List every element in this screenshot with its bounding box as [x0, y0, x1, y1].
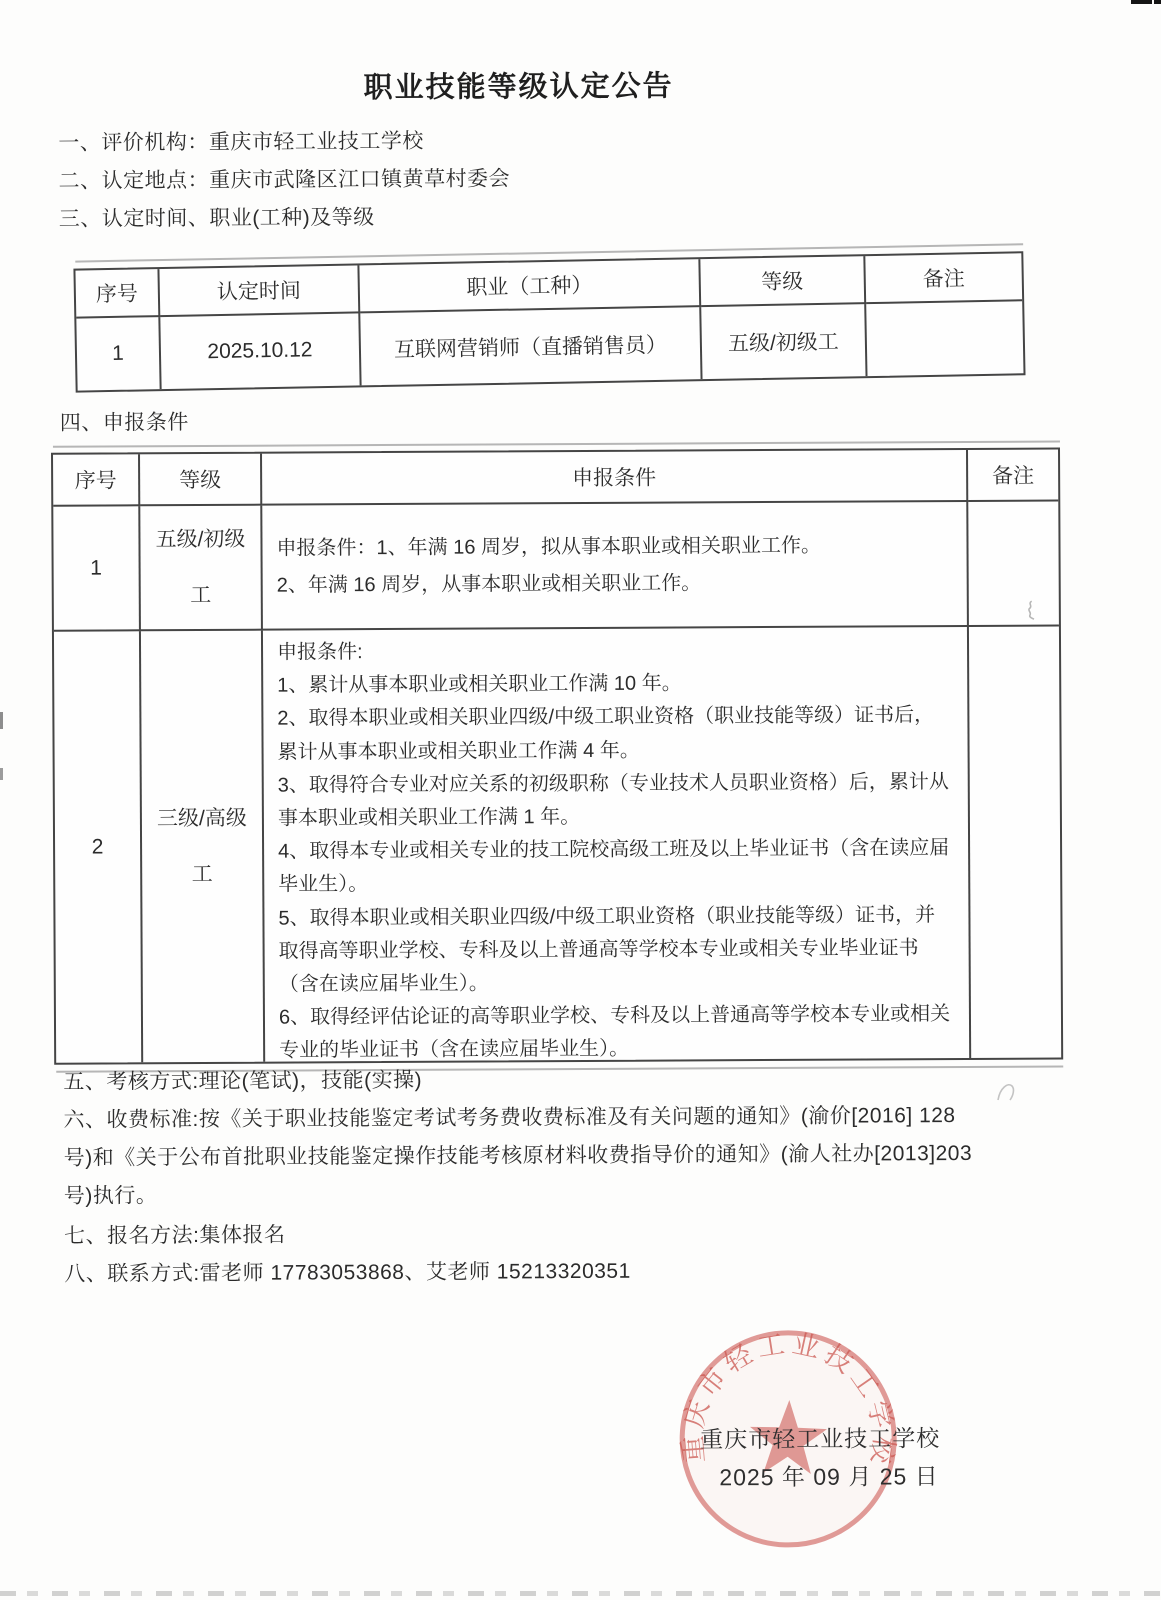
section-item-1-evaluator: 一、评价机构：重庆市轻工业技工学校 — [58, 123, 424, 163]
schedule-cell-note — [866, 301, 1023, 376]
page-title: 职业技能等级认定公告 — [36, 62, 1001, 108]
conditions-row1-level: 五级/初级 工 — [140, 506, 263, 632]
document-sheet: 职业技能等级认定公告 一、评价机构：重庆市轻工业技工学校 二、认定地点：重庆市武… — [0, 0, 1161, 1600]
schedule-header-no: 序号 — [75, 269, 160, 319]
conditions-row1-text: 申报条件：1、年满 16 周岁，拟从事本职业或相关职业工作。 2、年满 16 周… — [262, 502, 969, 631]
section-item-2-location: 二、认定地点：重庆市武隆区江口镇黄草村委会 — [58, 160, 510, 200]
scan-edge-mark — [0, 768, 3, 780]
scan-ghost-line — [53, 440, 1060, 447]
conditions-table: 序号 等级 申报条件 备注 1 五级/初级 工 申报条件：1、年满 16 周岁，… — [51, 447, 1063, 1064]
schedule-cell-level: 五级/初级工 — [701, 304, 867, 379]
scan-edge-mark — [0, 712, 3, 729]
conditions-header-level: 等级 — [140, 454, 262, 507]
conditions-header-no: 序号 — [53, 454, 140, 506]
section-item-5-assessment: 五、考核方式:理论(笔试)，技能(实操) — [63, 1062, 422, 1102]
schedule-header-date: 认定时间 — [159, 265, 360, 317]
scan-bottom-smudge — [0, 1591, 1161, 1596]
conditions-header-note: 备注 — [968, 449, 1058, 501]
scan-edge-mark — [1154, 0, 1161, 4]
section-item-7-registration: 七、报名方法:集体报名 — [64, 1217, 286, 1256]
pen-mark — [996, 1080, 1020, 1102]
section-item-3-schedule-heading: 三、认定时间、职业(工种)及等级 — [59, 199, 375, 239]
conditions-row2-note — [969, 626, 1061, 1057]
schedule-header-occupation: 职业（工种） — [359, 259, 701, 313]
signature-date: 2025 年 09 月 25 日 — [719, 1458, 938, 1492]
conditions-row1-note — [968, 501, 1059, 626]
section-item-8-contact: 八、联系方式:雷老师 17783053868、艾老师 15213320351 — [64, 1253, 631, 1294]
schedule-cell-occupation: 互联网营销师（直播销售员） — [360, 307, 702, 385]
conditions-header-conditions: 申报条件 — [262, 450, 968, 506]
conditions-row1-no: 1 — [53, 506, 141, 631]
section-item-6-fees: 六、收费标准:按《关于职业技能鉴定考试考务费收费标准及有关问题的通知》(渝价[2… — [63, 1097, 990, 1216]
conditions-row2-text: 申报条件: 1、累计从事本职业或相关职业工作满 10 年。 2、取得本职业或相关… — [263, 627, 971, 1062]
section-item-4-conditions-heading: 四、申报条件 — [60, 404, 189, 443]
schedule-header-level: 等级 — [700, 256, 866, 307]
scan-edge-mark — [1131, 0, 1152, 4]
schedule-table: 序号 认定时间 职业（工种） 等级 备注 1 2025.10.12 互联网营销师… — [73, 251, 1025, 392]
schedule-cell-no: 1 — [76, 317, 161, 391]
conditions-row2-no: 2 — [54, 631, 143, 1062]
schedule-cell-date: 2025.10.12 — [160, 313, 361, 389]
conditions-row2-level: 三级/高级 工 — [141, 631, 265, 1063]
signature-organization: 重庆市轻工业技工学校 — [700, 1420, 940, 1454]
schedule-header-note: 备注 — [865, 253, 1022, 304]
